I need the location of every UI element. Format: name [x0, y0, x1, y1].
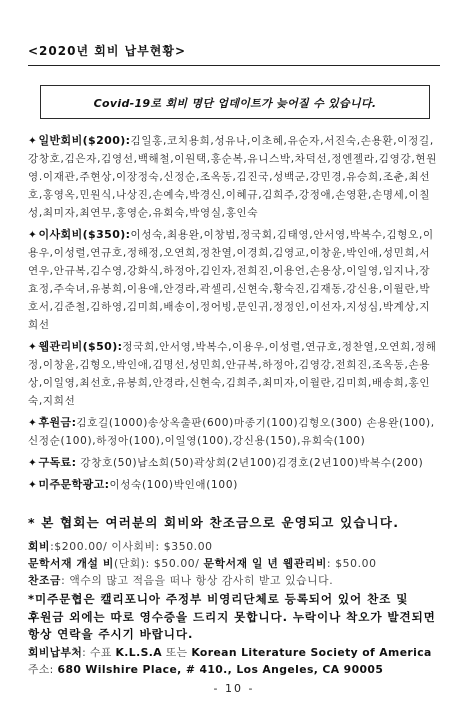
section-subscriptions: ✦구독료: 강창호(50)남소희(50)곽상희(2년100)김경호(2년100)… [28, 454, 440, 472]
fee-label: 문학서재 일 년 웹관리비 [204, 557, 327, 570]
star-bullet-icon: ✦ [28, 135, 38, 147]
section-label: 구독료: [39, 456, 77, 469]
association-statement: * 본 협회는 여러분의 회비와 찬조금으로 운영되고 있습니다. [28, 513, 440, 531]
section-label: 웹관리비($50): [39, 340, 123, 353]
fee-label: 회비 [28, 540, 50, 553]
fee-label: 찬조금 [28, 574, 61, 587]
fee-sections: ✦일반회비($200):김일홍,코치용희,성유나,이초혜,유순자,서진숙,손용환… [28, 132, 440, 498]
star-bullet-icon: ✦ [28, 457, 38, 469]
payee-org-full: Korean Literature Society of America [191, 646, 431, 659]
section-names: 김호길(1000)송상옥출판(600)마종기(100)김형오(300) 손용완(… [28, 417, 435, 447]
star-bullet-icon: ✦ [28, 341, 38, 353]
payee-org-short: K.L.S.A [116, 646, 162, 659]
section-donations: ✦후원금:김호길(1000)송상옥출판(600)마종기(100)김형오(300)… [28, 414, 440, 450]
section-label: 후원금: [39, 416, 77, 429]
address-value: 680 Wilshire Place, # 410., Los Angeles,… [58, 663, 384, 676]
payee-label: 회비납부처 [28, 646, 82, 659]
section-magazine-ads: ✦미주문학광고:이성숙(100)박인애(100) [28, 476, 440, 494]
star-bullet-icon: ✦ [28, 417, 38, 429]
section-label: 일반회비($200): [39, 134, 131, 147]
payee-or: 또는 [162, 646, 191, 659]
nonprofit-notice: *미주문협은 캘리포니아 주정부 비영리단체로 등록되어 있어 찬조 및 후원금… [28, 591, 440, 644]
section-label: 미주문학광고: [39, 478, 110, 491]
section-web-fee: ✦웹관리비($50):정국희,안서영,박복수,이용우,이성렬,연규호,정찬열,오… [28, 338, 440, 410]
fee-value: :$200.00/ 이사회비: $350.00 [50, 540, 213, 553]
page-title: <2020년 회비 납부현황> [28, 42, 440, 59]
section-label: 이사회비($350): [39, 228, 131, 241]
section-names: 이성숙,최용완,이창범,정국회,김태영,안서영,박복수,김형오,이용우,이성렬,… [28, 229, 434, 331]
fee-line-library: 문학서재 개설 비(단회): $50.00/ 문학서재 일 년 웹관리비: $5… [28, 555, 440, 572]
section-names: 강창호(50)남소희(50)곽상희(2년100)김경호(2년100)박복수(20… [76, 457, 423, 469]
section-names: 이성숙(100)박인애(100) [109, 479, 238, 491]
star-bullet-icon: ✦ [28, 479, 38, 491]
payment-address-line: 주소: 680 Wilshire Place, # 410., Los Ange… [28, 661, 440, 678]
fee-label: 문학서재 개설 비 [28, 557, 114, 570]
covid-notice-box: Covid-19로 회비 명단 업데이트가 늦어질 수 있습니다. [40, 85, 430, 119]
fee-value: : 액수의 많고 적음을 떠나 항상 감사히 받고 있습니다. [61, 574, 333, 587]
star-bullet-icon: ✦ [28, 229, 38, 241]
fee-line-contribution: 찬조금: 액수의 많고 적음을 떠나 항상 감사히 받고 있습니다. [28, 572, 440, 589]
section-general-fee: ✦일반회비($200):김일홍,코치용희,성유나,이초혜,유순자,서진숙,손용환… [28, 132, 440, 222]
document-page: <2020년 회비 납부현황> Covid-19로 회비 명단 업데이트가 늦어… [0, 0, 466, 705]
fee-line-membership: 회비:$200.00/ 이사회비: $350.00 [28, 538, 440, 555]
covid-notice-text: Covid-19로 회비 명단 업데이트가 늦어질 수 있습니다. [94, 97, 377, 110]
fee-value: (단회): $50.00/ [114, 557, 204, 570]
title-underline [28, 65, 440, 66]
fee-summary: 회비:$200.00/ 이사회비: $350.00 문학서재 개설 비(단회):… [28, 538, 440, 589]
payment-payee-line: 회비납부처: 수표 K.L.S.A 또는 Korean Literature S… [28, 644, 440, 661]
section-names: 김일홍,코치용희,성유나,이초혜,유순자,서진숙,손용환,이정길,강창호,김은자… [28, 135, 437, 219]
page-number: - 10 - [28, 682, 440, 695]
payee-pre: : 수표 [82, 646, 115, 659]
payment-info: 회비납부처: 수표 K.L.S.A 또는 Korean Literature S… [28, 644, 440, 678]
address-label: 주소: [28, 663, 58, 676]
fee-value: : $50.00 [327, 557, 377, 570]
section-director-fee: ✦이사회비($350):이성숙,최용완,이창범,정국회,김태영,안서영,박복수,… [28, 226, 440, 334]
